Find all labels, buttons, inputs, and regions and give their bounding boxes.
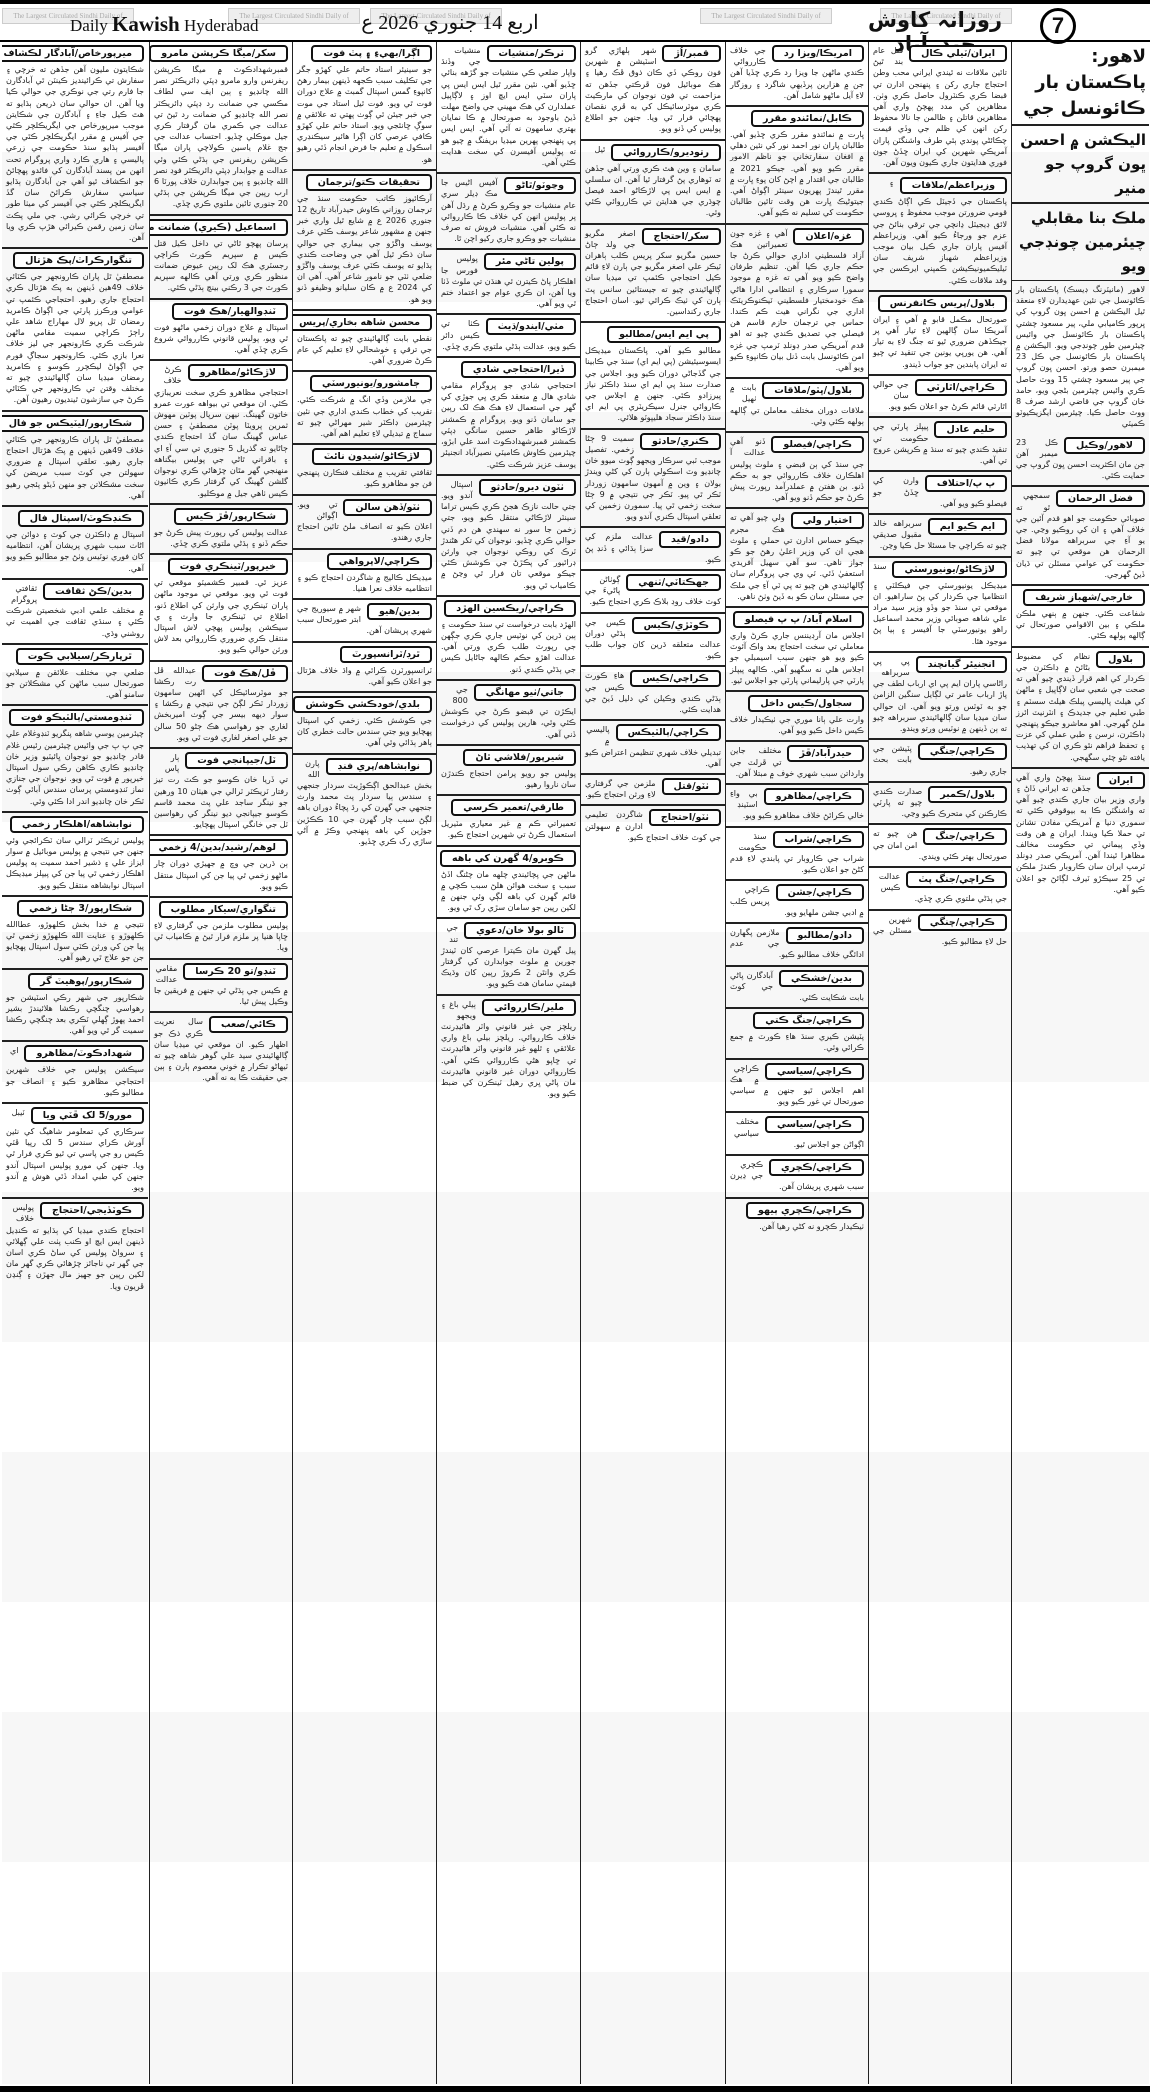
story-heading-box: لوهم/رشيد/بدين/4 زخمي — [149, 839, 288, 856]
story-heading-box: حيدرآباد/ڦڙ — [787, 745, 864, 762]
story-heading-box: ڦل/هڪ فوت — [202, 665, 288, 682]
lead-story: لاهور: پاڪستان بار ڪائونسل جي اليڪشن ۾ ا… — [1012, 42, 1149, 434]
news-story: پولين تاڻي مئرپوليس فورس جا اهلڪار پاڻ ڪ… — [437, 250, 580, 315]
story-heading-box: مٺي/ايندو/ڌيٺ — [486, 318, 576, 335]
column-4: ٺرڪر/منشياتمنشيات جي وڏنڌ واپار ضلعي ڪي … — [436, 42, 580, 2084]
story-body: قتل عام بند ٿيڻ تائين ملاقات نه ٿيندي اي… — [873, 45, 1007, 168]
story-heading-box: ٺٽو/احتجاج — [649, 809, 721, 826]
story-heading-box: بلاول/ڪمبر — [928, 786, 1007, 803]
news-story: ڪراچي/لاپرواهيميڊيڪل ڪاليج ۾ شاگردن احتج… — [293, 550, 436, 600]
news-story: جاتي/ٺيو مهانگيجي 800 ايڪڙن تي قبضو ڪرڻ … — [437, 681, 580, 746]
story-heading-box: تنگوارڪراٽ/پڪ هڙتال — [13, 252, 144, 269]
news-story: ڪراچي/اٿارٽيجي حوالي سان اٿارٽي قائم ڪرڻ… — [869, 376, 1011, 419]
column-3: اڳرا/بهيءِ ۽ پٽ فوتجو سينيئر استاد حاتم … — [292, 42, 436, 2084]
story-heading-box: وڃوٽو/ٿاڻو — [504, 177, 576, 194]
english-title-prefix: Daily — [70, 16, 108, 35]
story-heading-box: اڳرا/بهيءِ ۽ پٽ فوت — [311, 45, 432, 62]
column-5: قمبر/اُڙشهر ٻلهاڙي گرو اسٽيشن ۾ شهرين فو… — [580, 42, 725, 2084]
story-heading-box: خيرپور/ٽينڪري فوت — [168, 558, 288, 575]
news-story: ڦل/هڪ فوتعبدالله ڦل رت رڪشا جو موٽرسائيڪ… — [150, 662, 292, 749]
news-story: وڃوٽو/ٿاڻوآفيس اڻيس جا مڪ ڊيلر سري عام م… — [437, 174, 580, 250]
story-heading-box: ٿرپارڪر/سيلابي ڪوت — [16, 648, 144, 665]
story-heading-box: ڪراچي/لاپرواهي — [327, 553, 432, 570]
story-heading-box: سکر/احتجاج — [642, 228, 722, 245]
news-story: بلاول/ڪمبرصدارت ڪندي چيو ته پارٽي ڪارڪنن… — [869, 783, 1011, 826]
news-story: ڪراچي/چنگيشهرين مسئلن جي حل لاءِ مطالبو … — [869, 911, 1011, 952]
story-heading-box: شڪارپور/پوهيٽ گر — [28, 973, 144, 990]
news-story: ٿرپارڪر/سيلابي ڪوتضلعي جي مختلف علائقن ۾… — [2, 645, 148, 707]
story-heading-box: ڪنري/حادثو — [640, 433, 721, 450]
news-story: ڪنري/حادثوسميت 9 ڄڻا زخمي. تفصيل موجب ٽب… — [581, 430, 725, 529]
story-heading-box: ڪراچي/مظاهرو — [764, 788, 864, 805]
story-heading-box: نوابشاهه/اهلڪار زخمي — [10, 816, 144, 833]
story-body: ڪرڻ خلاف احتجاجي مظاهرو ڪري سخت نعريبازي… — [154, 364, 288, 498]
story-heading-box: ڪوبرو/4 گهرن کي باهه — [440, 850, 576, 867]
story-heading-box: ٺٽو/ڏهن سالن — [343, 499, 432, 516]
story-heading-box: شهدادڪوٽ/مظاهرو — [24, 1045, 144, 1062]
story-heading-box: ايم ڪيو ايم — [928, 518, 1007, 535]
story-heading-box: شڪارپور/ڦڙ ڪيس — [174, 508, 288, 525]
news-story: ايرانسنڌ پهچڻ واري آهي جڏهن ته ايراني ڏا… — [1012, 769, 1149, 899]
story-heading-box: شڪارپور/ليٽيڪس جو فال — [2, 415, 144, 432]
story-heading-box: ڪراچي/سياسي — [765, 1116, 864, 1133]
news-story: لوهم/رشيد/بدين/4 زخميٻن ڌرين جي وچ ۾ جهي… — [150, 836, 292, 898]
news-story: ڪراچي/مظاهروبي واءِ اسٽينڊ خالي ڪرائڻ خل… — [726, 785, 868, 828]
news-story: بلاول/پريس ڪانفرنسصورتحال مڪمل قابو ۾ آه… — [869, 292, 1011, 376]
story-heading-box: امريڪا/ويزا رد — [772, 45, 864, 62]
news-story: ٽنڊوالهيار/هڪ فوتاسپتال ۾ علاج دوران زخم… — [150, 300, 292, 362]
news-story: اسلام آباد/ پ پ فيصلواجلاس مان آرڊيننس ج… — [726, 608, 868, 692]
news-story: رتوديرو/ڪارروائيٿيل سامان ۽ وين هٿ ڪري و… — [581, 141, 725, 225]
news-story: پي ايم ايس/مطالبومطالبو ڪيو آهي. پاڪستان… — [581, 323, 725, 429]
news-story: شهدادڪوٽ/مظاهرواي سيڪشن پوليس جي خلاف شه… — [2, 1042, 148, 1104]
story-heading-box: ڪراچي/ٻالٽيڪس — [616, 724, 721, 741]
news-story: انجنيئر گيانچندپي پي سربراهه راڻاسي پارا… — [869, 653, 1011, 740]
story-heading-box: بدين/ڪڻ ثقافت — [43, 583, 144, 600]
news-story: طارقي/تعمير ڪرسيتعميراتي ڪم ۾ غير معياري… — [437, 796, 580, 846]
story-heading-box: ٿرڊ/ٽرانسپورٽ — [340, 646, 432, 663]
story-heading-box: پ پ/احتلاف — [925, 475, 1007, 492]
news-story: جهڪتاٽي/ٺنهيڳوٺاڻن پاڻيءَ جي کوٽ خلاف رو… — [581, 571, 725, 614]
news-story: ڪراچي/جنگهن چيو ته امن امان جي صورتحال ب… — [869, 825, 1011, 868]
news-story: ڪوبرو/4 گهرن کي باههماڻهن جي پچائيندي چل… — [437, 847, 580, 920]
story-heading-box: فضل الرحمان — [1056, 490, 1145, 507]
news-story: تنگواري/سيکار مطلوبپوليس مطلوب ملزمن جي … — [150, 898, 292, 960]
story-heading-box: ڏيرا/احتجاجي شادي — [461, 361, 576, 378]
story-heading-box: لاڙڪاڻو/يونيورسٽي — [892, 561, 1007, 578]
story-heading-box: بلاول/پريس ڪانفرنس — [878, 295, 1007, 312]
story-heading-box: ڪراچي/جشن — [776, 884, 864, 901]
news-story: ڪراچي/سياسيمختلف سياسي اڳواڻن جو اجلاس ٿ… — [726, 1113, 868, 1156]
story-heading-box: شيرپور/فلاشي ٿاڻ — [463, 749, 576, 766]
news-story: بدين/هيوشهر ۾ سيوريج جي ابتر صورتحال سبب… — [293, 600, 436, 643]
page-number-badge: 7 — [1040, 8, 1076, 44]
story-heading-box: انجنيئر گيانچند — [916, 656, 1007, 673]
story-heading-box: ٽالو بولا خان/دعوي — [464, 922, 576, 939]
story-body: منشيات جي وڏنڌ واپار ضلعي ڪي منشيات جو گ… — [441, 45, 576, 168]
story-heading-box: ڪراچي/ريڪسين الهڙد — [444, 600, 576, 617]
story-body: مصطفيٰ ٿل پاران ڪارونجهر جي ڪٽائي خلاف 4… — [6, 252, 144, 405]
story-heading-box: ڪابل/نمائندو مقرر — [751, 110, 864, 127]
story-heading-box: اختيار ولي — [791, 512, 864, 529]
news-story: بلاولنظام کي مضبوط بڻائڻ ۾ ڊاڪٽرن جي ڪرد… — [1012, 648, 1149, 769]
story-heading-box: دادو/مطالبو — [786, 927, 865, 944]
news-story: غزه/اعلانآهي ۽ غزه جون تعميراتين هڪ آزاد… — [726, 225, 868, 380]
news-story: اختيار وليولي چيو آهي ته هڪ مجرم جيڪو حس… — [726, 509, 868, 608]
story-heading-box: ڪراچي/سياسي — [765, 1063, 864, 1080]
news-story: پ پ/احتلافوارن کي ڇڏڻ جو فيصلو ڪيو ويو آ… — [869, 472, 1011, 515]
news-story: شڪارپور/پوهيٽ گرشڪارپور جي شهر رڪي اسٽيش… — [2, 970, 148, 1043]
story-heading-box: لاڙڪاڻو/مظاهرو — [188, 364, 288, 381]
news-story: ڪراچي/ڪچري ٻيهوٺيڪيدار ڪچرو نه کڻي رهيا … — [726, 1199, 868, 1236]
story-heading-box: تنگواري/سيکار مطلوب — [159, 901, 288, 918]
news-story: لاڙڪاڻو/شيدون نائٽثقافتي تقريب ۾ مختلف ف… — [293, 445, 436, 495]
news-story: ڏيرا/احتجاجي شادياحتجاجي شادي جو پروگرام… — [437, 358, 580, 476]
story-heading-box: ٽنڊومستي/ٻالٽيڪو فوت — [9, 709, 144, 726]
story-heading-box: بلاول — [1096, 651, 1145, 668]
story-heading-box: شڪارپور/3 ڄڻا زخمي — [17, 900, 144, 917]
news-story: ڪراچي/ٻالٽيڪسپاليسي ۾ تبديلي خلاف شهري ت… — [581, 721, 725, 775]
news-story: خيرپور/ٽينڪري فوتعزيز ٿي. قمبير ڪشميٽو م… — [150, 555, 292, 661]
news-story: ٺٽو/قتلملزمن جي گرفتاري لاءِ ورثن احتجاج… — [581, 775, 725, 806]
lead-headline-2: اليڪشن ۾ احسن ڀون گروپ جو منير — [1012, 126, 1149, 204]
news-story: وزيراعظم/ملاقات۽ پاڪستان جي ڏجيٽل ڪي اڳا… — [869, 174, 1011, 292]
column-8: لاهور: پاڪستان بار ڪائونسل جي اليڪشن ۾ ا… — [1011, 42, 1149, 2084]
story-body: قمبرشهدادڪوٽ ۾ ميگا ڪرپشن ريفرنس وارو ما… — [154, 45, 288, 210]
news-story: بدين/خشڪيآبادگارن پاڻي جي کوٽ بابت شڪايت… — [726, 967, 868, 1010]
story-heading-box: ٽنڊوالهيار/هڪ فوت — [172, 303, 288, 320]
news-story: ڪراچي/جشنڪراچي پريس ڪلب ۾ ادبي جشن ملهاي… — [726, 881, 868, 924]
news-story: مورو/5 لک ڦٽي وياٽيبل سرڪاري کي تمعلومر … — [2, 1104, 148, 1199]
story-heading-box: بلدي/خودڪشي ڪوشش — [293, 696, 432, 713]
story-heading-box: ٺٽو/قتل — [662, 778, 721, 795]
story-heading-box: رتوديرو/ڪارروائي — [611, 144, 721, 161]
issue-date: اربع 14 جنوري 2026 ع — [350, 10, 550, 35]
story-body: شڪايتون مليون آهن جڏهن ته خرچي ۽ سفارش ت… — [6, 45, 144, 243]
news-story: سکر/احتجاجاصغر مگريو جي ولد ڄاڻ حسين مگر… — [581, 225, 725, 324]
story-body: آهي ۽ غزه جون تعميراتين هڪ آزاد فلسطيني … — [730, 228, 864, 374]
story-heading-box: لاهور/وڪيل — [1064, 437, 1145, 454]
english-title-city: Hyderabad — [184, 16, 259, 35]
story-heading-box: غزه/اعلان — [793, 228, 864, 245]
story-heading-box: بدين/خشڪي — [779, 970, 864, 987]
news-story: ڪنڊڪوٽ/اسپتال فالاسپتال ۾ ڊاڪٽرن جي کوٽ … — [2, 507, 148, 580]
news-story: لاڙڪاڻو/يونيورسٽيسنڌ ميڊيڪل يونيورسٽي جي… — [869, 558, 1011, 653]
lead-headline-3: ملڪ بنا مقابلي چيئرمين چونڊجي ويو — [1012, 204, 1149, 281]
news-story: شيرپور/فلاشي ٿاڻپوليس جو رويو پرامن احتج… — [437, 746, 580, 796]
column-2: سکر/ميگا ڪرپشن مامروقمبرشهدادڪوٽ ۾ ميگا … — [149, 42, 292, 2084]
news-story: نوابشاهه/اهلڪار زخميپوليس ٽريڪٽر ٽرالي س… — [2, 813, 148, 897]
story-body: سنڌ پهچڻ واري آهي جڏهن ته ايراني ڏاڻ ۽ و… — [1016, 772, 1145, 895]
story-heading-box: ڪراچي/جنگ — [923, 828, 1007, 845]
story-heading-box: سجاول/ڪيس داخل — [748, 695, 864, 712]
news-story: بلدي/خودڪشي ڪوششجي ڪوشش ڪئي. زخمي کي اسپ… — [293, 693, 436, 755]
news-story: ڪراچي/ريڪسين الهڙدالهڙد بابت درخواست تي … — [437, 597, 580, 681]
columns-container: ميرپورخاص/آبادگار لڪشافشڪايتون مليون آهن… — [2, 42, 1148, 2084]
story-heading-box: ڪراچي/جنگي — [918, 743, 1007, 760]
story-heading-box: ڄامشورو/يونيورسٽي — [310, 375, 432, 392]
story-heading-box: پي ايم ايس/مطالبو — [607, 326, 721, 343]
news-story: سجاول/ڪيس داخلوارت علي ٻانا موري جي ٺيڪي… — [726, 692, 868, 742]
news-story: ٽنڊومستي/ٻالٽيڪو فوتچيئرمين يوسي شاهه پن… — [2, 706, 148, 812]
story-heading-box: ٺرڪر/منشيات — [487, 45, 576, 62]
news-story: ڪابل/نمائندو مقررڀارت ۾ نمائندو مقرر ڪري… — [726, 107, 868, 225]
story-heading-box: بلاول/ڀٽو/ملاقات — [762, 382, 864, 399]
story-heading-box: ايران — [1097, 772, 1145, 789]
news-story: شڪارپور/3 ڄڻا زخمينتيجي ۾ خدا بخش ڪلهوڙو… — [2, 897, 148, 970]
news-story: دادو/قيدعدالت ملزم کي سزا ٻڌائي ۽ ڏنڊ پڻ… — [581, 528, 725, 571]
story-heading-box: جهڪتاٽي/ٺنهي — [626, 574, 721, 591]
news-story: خارجي/شهباز شريفشفاعت ڪئي. جنهن ۾ ٻنهي م… — [1012, 586, 1149, 648]
news-story: حيدرآباد/ڦڙمختلف جاين تي ڦرلٽ جي وارداتن… — [726, 742, 868, 785]
news-story: ڪراچي/جنگيپٽيشن جي بابت بحث جاري رهيو. — [869, 740, 1011, 783]
story-heading-box: ڪنڊڪوٽ/اسپتال فال — [18, 510, 144, 527]
news-story: ڪوٽڏيجي/احتجاجپوليس خلاف احتجاج ڪندي ميڊ… — [2, 1199, 148, 1296]
news-story: ٿرڊ/ٽرانسپورٽٽرانسپورٽرن ڪرائي ۾ واڌ خلا… — [293, 643, 436, 693]
news-story: ڪراچي/شرابسنڌ حڪومت شراب جي ڪاروبار تي پ… — [726, 828, 868, 882]
news-story: تحقيقات ڪتو/ترجمانآرڪائيوز ڪاتب حڪومت سن… — [293, 171, 436, 311]
news-story: ڪراچي/ڪچريڪچري جي ڍيرن سبب شهري پريشان آ… — [726, 1156, 868, 1199]
news-story: بدين/ڪڻ ثقافتثقافتي پروگرام ۾ مختلف علمي… — [2, 580, 148, 645]
column-1: ميرپورخاص/آبادگار لڪشافشڪايتون مليون آهن… — [2, 42, 148, 2084]
ad-strip: The Largest Circulated Sindhi Daily of P… — [700, 8, 832, 24]
news-story: ڪائي/صعبسال نعريت ڪري ذڪ جو اظهار ڪيو. ا… — [150, 1013, 292, 1087]
story-heading-box: محسن شاهه بخاري/پريس — [292, 314, 432, 331]
story-heading-box: قمبر/اُڙ — [662, 45, 721, 62]
news-story: ٺٽو/احتجاجشاگردن تعليمي ادارن ۾ سهولتن ج… — [581, 806, 725, 847]
news-story: ٺٽون ديرو/حادثواسپتال آندو ويو. جتي حالت… — [437, 476, 580, 597]
news-story: ميرپورخاص/آبادگار لڪشافشڪايتون مليون آهن… — [2, 42, 148, 249]
news-story: شڪارپور/ڦڙ ڪيسعدالت پوليس کي رپورٽ پيش ڪ… — [150, 505, 292, 555]
news-story: ٺٽو/ڏهن سالنتي ويو. اڳواڻن اعلان ڪيو ته … — [293, 496, 436, 550]
news-story: حليم عادلپيپلز پارٽي جي حڪومت تي تنقيد ڪ… — [869, 418, 1011, 472]
story-heading-box: تحقيقات ڪتو/ترجمان — [306, 174, 432, 191]
story-heading-box: دادو/قيد — [659, 531, 721, 548]
story-heading-box: ڪوٽڏيجي/احتجاج — [40, 1202, 144, 1219]
story-heading-box: ڪائي/صعب — [209, 1016, 288, 1033]
news-story: نوابشاهه/پري فنڊپارن الله بخش عبدالحق اڳ… — [293, 755, 436, 852]
english-title-name: Kawish — [112, 12, 180, 36]
news-story: شڪارپور/ليٽيڪس جو فالمصطفيٰ ٿل پاران ڪار… — [2, 412, 148, 507]
news-story: سکر/ميگا ڪرپشن مامروقمبرشهدادڪوٽ ۾ ميگا … — [150, 42, 292, 216]
news-story: لاهور/وڪيلڪل 23 ميمبر آهن جن مان اڪثريت … — [1012, 434, 1149, 488]
story-heading-box: ڪراچي/شراب — [773, 831, 864, 848]
news-story: ڪوٽڙي/ڪيسڪيس جي ٻڌڻي دوران عدالت متعلقه … — [581, 614, 725, 668]
news-story: ڪراچي/سياسيڪراچي ۾ هڪ اهم اجلاس ٿيو جنهن… — [726, 1060, 868, 1114]
news-story: ڄامشورو/يونيورسٽيجي ملازمن وڏي انگ ۾ شرڪ… — [293, 372, 436, 445]
news-story: ٺرڪر/منشياتمنشيات جي وڏنڌ واپار ضلعي ڪي … — [437, 42, 580, 174]
story-heading-box: ٺٽون ديرو/حادثو — [479, 479, 576, 496]
news-story: لاڙڪاڻو/مظاهروڪرڻ خلاف احتجاجي مظاهرو ڪر… — [150, 361, 292, 504]
story-heading-box: ايران/ٽيلي ڪال — [909, 45, 1007, 62]
story-heading-box: ٽل/جيپانجي فوت — [185, 752, 288, 769]
story-heading-box: حليم عادل — [934, 421, 1007, 438]
news-story: اسماعيل (ڪيري) ضمانت منظورپرسان پهچو ٿاڻ… — [150, 216, 292, 300]
english-title: Daily Kawish Hyderabad — [70, 12, 259, 37]
story-heading-box: مورو/5 لک ڦٽي ويا — [31, 1107, 144, 1124]
news-story: دادو/مطالبوملازمن پگهارن جي عدم ادائگي خ… — [726, 924, 868, 967]
lead-headline-1: لاهور: پاڪستان بار ڪائونسل جي — [1012, 42, 1149, 126]
news-story: محسن شاهه بخاري/پريسنقطي بابت ڳالهائيندي… — [293, 311, 436, 373]
story-body: جو سينيئر استاد حاتم علي کهڙو جگر جي تڪل… — [297, 45, 432, 165]
story-heading-box: اسلام آباد/ پ پ فيصلو — [733, 611, 864, 628]
story-heading-box: طارقي/تعمير ڪرسي — [451, 799, 576, 816]
newspaper-page: The Largest Circulated Sindhi Daily of P… — [0, 0, 1150, 2097]
news-story: بلاول/ڀٽو/ملاقاتبابت ۾ ٺهيل ملاقات دوران… — [726, 379, 868, 433]
news-story: مٺي/ايندو/ڌيٺڪٺا تي ڪيس دائر ڪيو ويو، عد… — [437, 315, 580, 358]
story-heading-box: ميرپورخاص/آبادگار لڪشاف — [2, 45, 144, 62]
bottom-rule — [0, 2086, 1150, 2092]
story-heading-box: بدين/هيو — [367, 603, 432, 620]
story-heading-box: ڪراچي/ڪيس — [630, 670, 721, 687]
news-story: تنگوارڪراٽ/پڪ هڙتالمصطفيٰ ٿل پاران ڪارون… — [2, 249, 148, 411]
story-heading-box: ٽنڊو/تو 20 ڪرسا — [183, 963, 288, 980]
news-story: ٽالو بولا خان/دعويجي تند پيل گهرن مان ڪي… — [437, 919, 580, 995]
news-story: فضل الرحمانسمجهي ٿو ته صوبائي حڪومت جو ا… — [1012, 487, 1149, 586]
story-heading-box: پولين تاڻي مئر — [484, 253, 576, 270]
story-heading-box: ڪراچي/جنگ پٽ — [906, 871, 1007, 888]
story-heading-box: ڪراچي/چنگي — [918, 914, 1007, 931]
news-story: اڳرا/بهيءِ ۽ پٽ فوتجو سينيئر استاد حاتم … — [293, 42, 436, 171]
lead-story-body: لاهور (مانيٽرنگ ڊيسڪ) پاڪستان بار ڪائونس… — [1016, 284, 1145, 430]
story-heading-box: نوابشاهه/پري فنڊ — [326, 758, 432, 775]
news-story: ڪراچي/جنگ پٽعدالت ڪيس جي ٻڌڻي ملتوي ڪري … — [869, 868, 1011, 911]
news-story: ايم ڪيو ايمسربراهه خالد مقبول صديقي چيو … — [869, 515, 1011, 558]
story-heading-box: وزيراعظم/ملاقات — [900, 177, 1007, 194]
column-6: امريڪا/ويزا ردجي خلاف ڪارروائي ڪندي ماڻه… — [725, 42, 868, 2084]
news-story: ڪراچي/ڪيسهاءِ ڪورٽ ڪيس جي ٻڌڻي ڪندي وڪيل… — [581, 667, 725, 721]
story-heading-box: ڪراچي/جنگ ڪتي — [753, 1012, 864, 1029]
story-heading-box: ڪراچي/ڪچري — [769, 1159, 864, 1176]
story-heading-box: ڪراچي/ڪچري ٻيهو — [746, 1202, 864, 1219]
story-body: آرڪائيوز ڪاتب حڪومت سنڌ جي ترجمان روزاني… — [297, 174, 432, 305]
news-story: ڪراچي/جنگ ڪتيپٽيشن ڪيري سنڌ هاءِ ڪورٽ ۾ … — [726, 1009, 868, 1059]
news-story: ڪراچي/فيصلوڏنو آهي عدالت آ جي سنڌ کي ٻن … — [726, 433, 868, 509]
column-7: ايران/ٽيلي ڪالقتل عام بند ٿيڻ تائين ملاق… — [868, 42, 1011, 2084]
news-story: ٽنڊو/تو 20 ڪرسامقامي عدالت ۾ ڪيس جي ٻڌڻي… — [150, 960, 292, 1014]
news-story: امريڪا/ويزا ردجي خلاف ڪارروائي ڪندي ماڻه… — [726, 42, 868, 107]
story-heading-box: ڪراچي/فيصلو — [771, 436, 864, 453]
story-heading-box: ڪراچي/اٿارٽي — [915, 379, 1007, 396]
story-heading-box: سکر/ميگا ڪرپشن مامرو — [149, 45, 288, 62]
news-story: ايران/ٽيلي ڪالقتل عام بند ٿيڻ تائين ملاق… — [869, 42, 1011, 174]
news-story: ملير/ڪارروائيٻيلي باغ ۽ ويجهو ريلچز جي غ… — [437, 996, 580, 1104]
story-heading-box: ڪوٽڙي/ڪيس — [632, 617, 721, 634]
story-heading-box: لاڙڪاڻو/شيدون نائٽ — [312, 448, 432, 465]
story-heading-box: جاتي/ٺيو مهانگي — [474, 684, 576, 701]
masthead: The Largest Circulated Sindhi Daily of P… — [0, 4, 1150, 42]
story-heading-box: خارجي/شهباز شريف — [1023, 589, 1145, 606]
news-story: قمبر/اُڙشهر ٻلهاڙي گرو اسٽيشن ۾ شهرين فو… — [581, 42, 725, 141]
news-story: ٽل/جيپانجي فوتٻار پاس تي ڏريا خان ڪوسو ج… — [150, 749, 292, 836]
story-heading-box: اسماعيل (ڪيري) ضمانت منظور — [149, 219, 288, 236]
story-heading-box: ملير/ڪارروائي — [482, 999, 576, 1016]
